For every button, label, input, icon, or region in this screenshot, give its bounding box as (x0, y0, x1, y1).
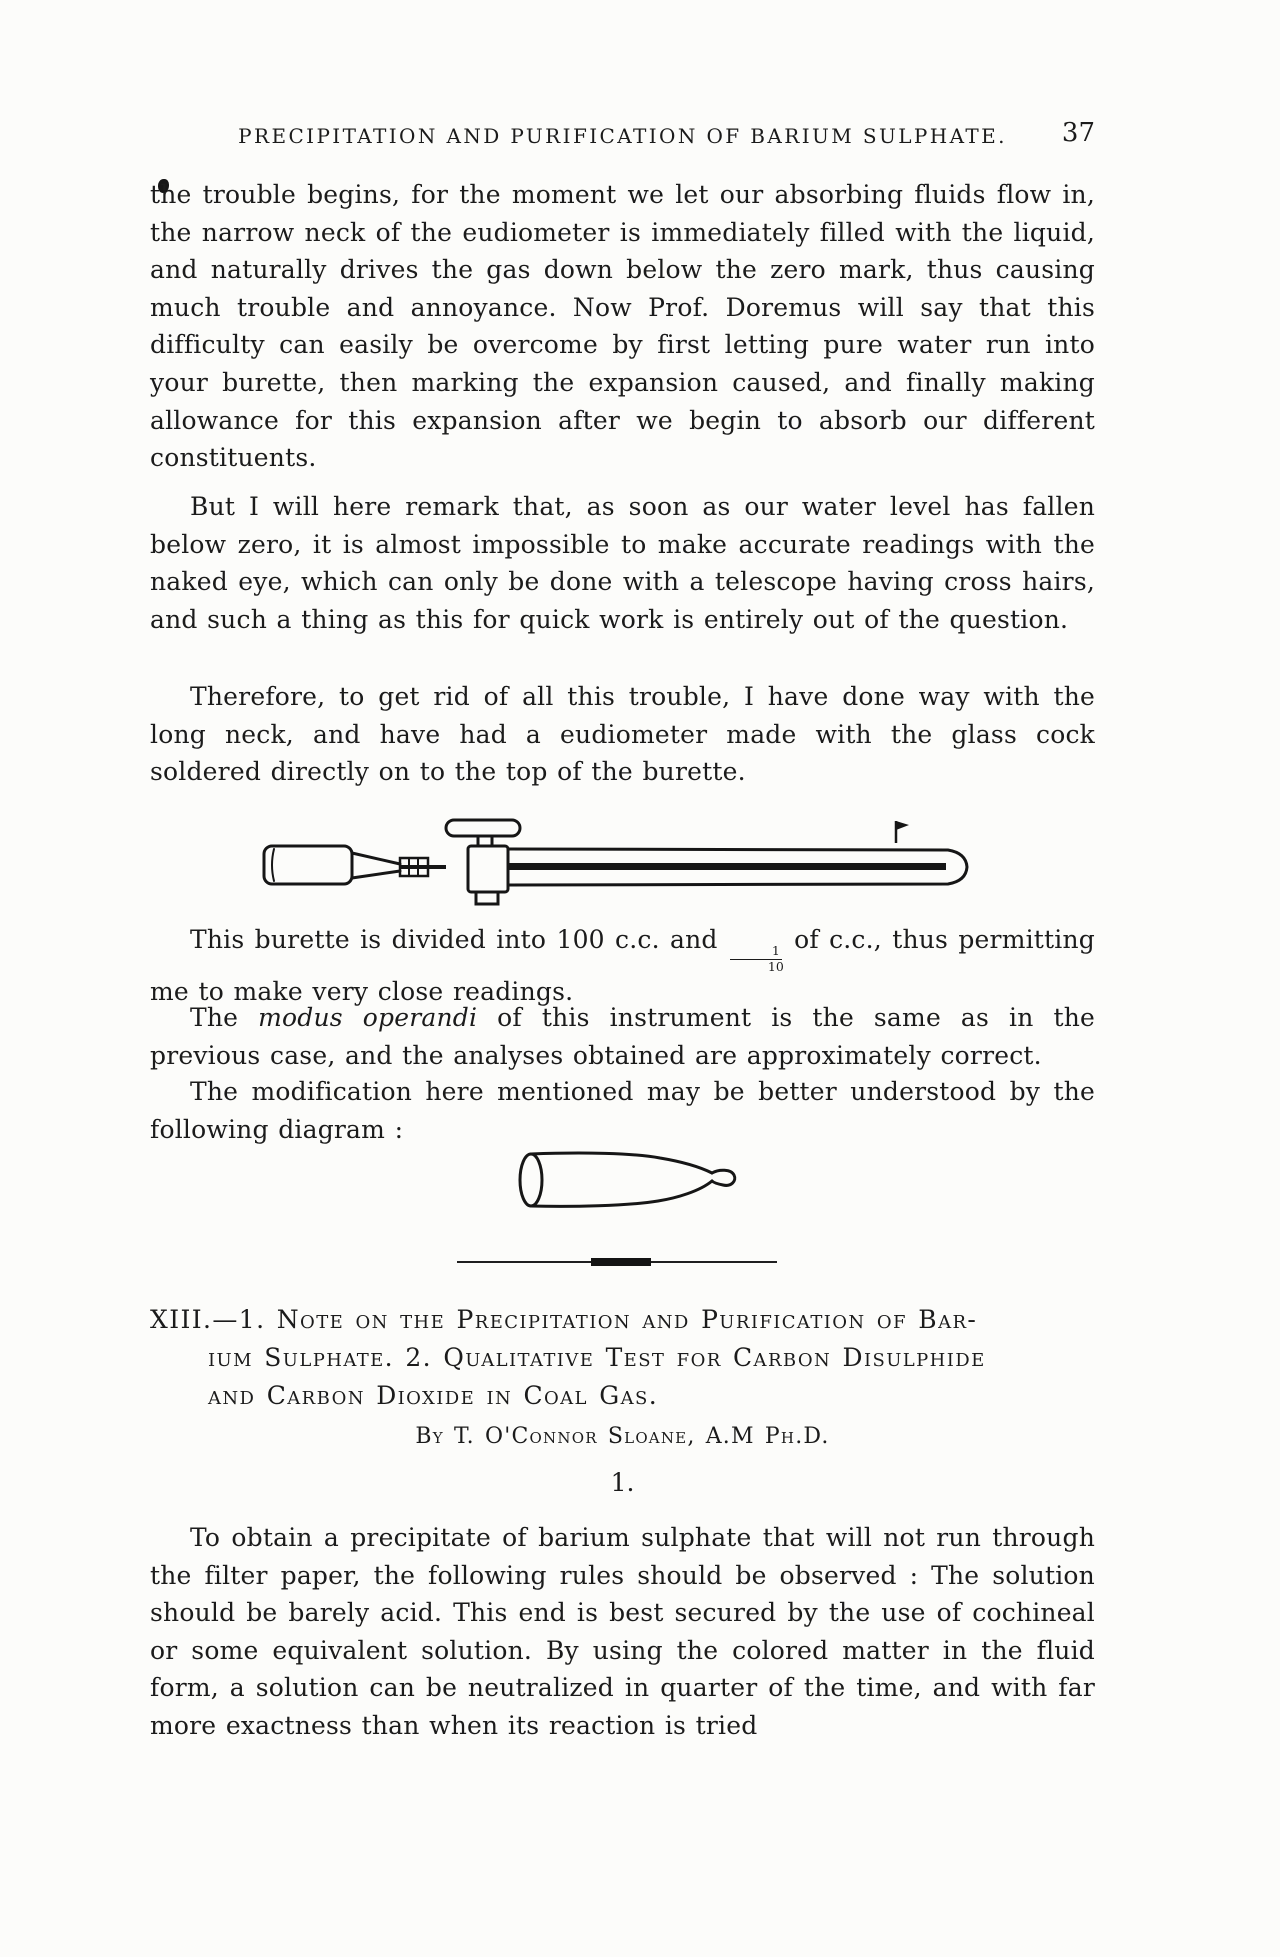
paragraph-therefore: Therefore, to get rid of all this troubl… (150, 678, 1095, 791)
section-divider (457, 1258, 777, 1266)
heading-line-3: and Carbon Dioxide in Coal Gas. (208, 1381, 658, 1410)
tube-drawing (512, 1150, 744, 1210)
tube-bore (508, 863, 946, 870)
taper-top (352, 853, 400, 864)
tube-closed-end (520, 1154, 542, 1206)
text-before-fraction: This burette is divided into 100 c.c. an… (190, 925, 728, 954)
tube-figure (512, 1150, 744, 1210)
paragraph-continuation: the trouble begins, for the moment we le… (150, 176, 1095, 477)
paragraph-remark: But I will here remark that, as soon as … (150, 488, 1095, 638)
burette-mouthpiece (264, 846, 352, 884)
fraction-denominator: 10 (728, 960, 784, 974)
section-divider-thick-segment (591, 1258, 651, 1266)
paragraph-precipitate-rules: To obtain a precipitate of barium sulpha… (150, 1519, 1095, 1745)
burette-drawing (250, 812, 980, 908)
bore-stub (400, 865, 446, 869)
taper-bottom (352, 871, 400, 878)
page-number: 37 (1062, 118, 1095, 148)
graduation-mark (896, 821, 909, 843)
text-before-italic: The (190, 1003, 258, 1032)
stopcock-handle (446, 820, 520, 836)
tube-top-edge (531, 1153, 712, 1173)
heading-line-1: XIII.—1. Note on the Precipitation and P… (150, 1305, 977, 1334)
paragraph-divisions: This burette is divided into 100 c.c. an… (150, 921, 1095, 1011)
part-number: 1. (150, 1468, 1095, 1497)
article-heading: XIII.—1. Note on the Precipitation and P… (150, 1301, 1095, 1415)
stopcock-body (468, 846, 508, 892)
heading-line-2: ium Sulphate. 2. Qualitative Test for Ca… (208, 1343, 986, 1372)
running-header: PRECIPITATION AND PURIFICATION OF BARIUM… (150, 124, 1095, 148)
mouthpiece-cap-line (272, 849, 274, 881)
tube-bottom-edge (531, 1181, 712, 1206)
fraction-numerator: 1 (730, 945, 782, 960)
scanned-page: PRECIPITATION AND PURIFICATION OF BARIUM… (0, 0, 1280, 1957)
one-tenth-fraction: 110 (728, 945, 784, 973)
burette-figure (250, 812, 980, 908)
stopcock-key (476, 892, 498, 904)
author-byline: By T. O'Connor Sloane, A.M Ph.D. (150, 1424, 1095, 1449)
running-header-title: PRECIPITATION AND PURIFICATION OF BARIUM… (238, 124, 1007, 148)
paragraph-modification: The modification here mentioned may be b… (150, 1073, 1095, 1148)
italic-phrase: modus operandi (258, 1003, 477, 1032)
tube-nozzle (712, 1170, 735, 1185)
paragraph-modus-operandi: The modus operandi of this instrument is… (150, 999, 1095, 1074)
